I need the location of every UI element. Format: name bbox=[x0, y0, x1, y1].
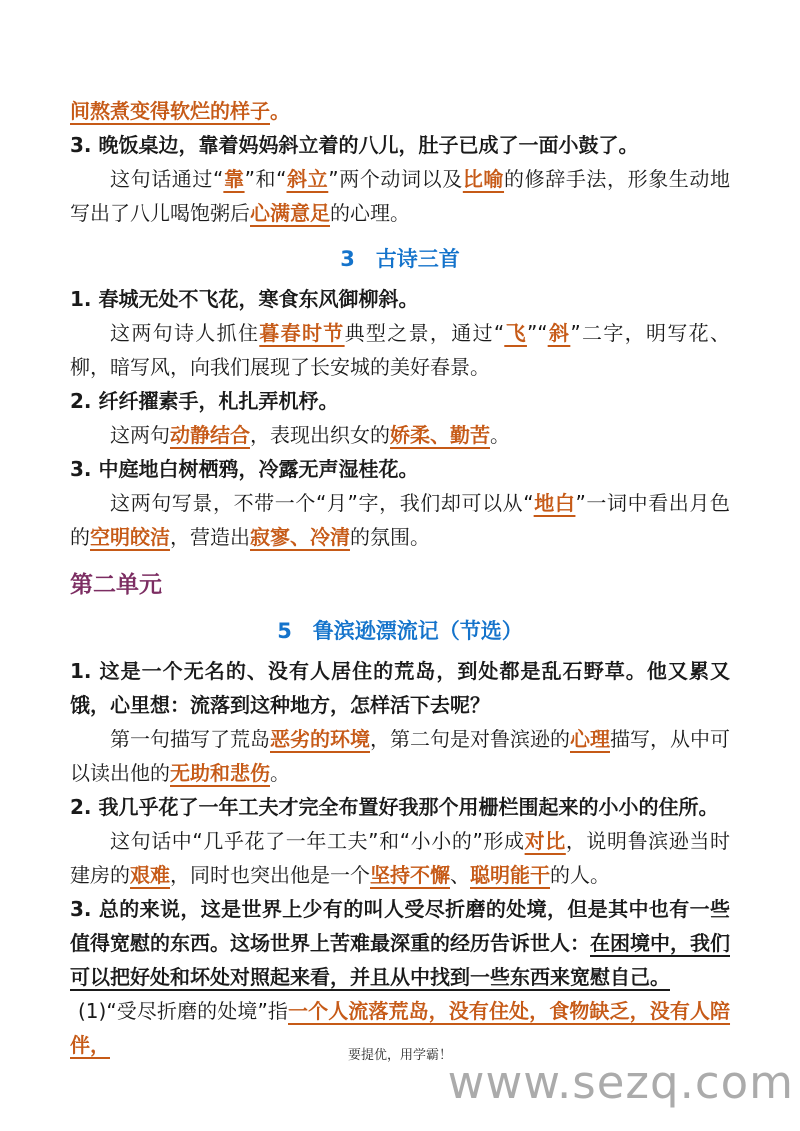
text-run: 这两句诗人抓住 bbox=[110, 321, 259, 345]
analysis-paragraph: 这两句动静结合，表现出织女的娇柔、勤苦。 bbox=[70, 418, 730, 452]
text-run: 2. 纤纤擢素手，札扎弄机杼。 bbox=[70, 389, 338, 413]
text-run: 这两句 bbox=[110, 423, 170, 447]
document-page: 间熬煮变得软烂的样子。3. 晚饭桌边，靠着妈妈斜立着的八儿，肚子已成了一面小鼓了… bbox=[0, 0, 800, 1131]
highlight-term: 寂寥、冷清 bbox=[250, 525, 350, 549]
numbered-sentence: 2. 纤纤擢素手，札扎弄机杼。 bbox=[70, 384, 730, 418]
highlight-term: 艰难 bbox=[130, 863, 170, 887]
lesson-heading: 5 鲁滨逊漂流记（节选） bbox=[70, 614, 730, 648]
numbered-sentence: 3. 中庭地白树栖鸦，冷露无声湿桂花。 bbox=[70, 452, 730, 486]
highlight-term: 动静结合 bbox=[170, 423, 250, 447]
highlight-term: 暮春时节 bbox=[259, 321, 344, 345]
text-run: ”“ bbox=[527, 321, 548, 345]
highlight-term: 。 bbox=[270, 99, 290, 123]
highlight-term: 坚持不懈 bbox=[370, 863, 450, 887]
highlight-term: 比喻 bbox=[463, 167, 504, 191]
text-run: 1. 春城无处不飞花，寒食东风御柳斜。 bbox=[70, 287, 418, 311]
text-run: 的氛围。 bbox=[350, 525, 430, 549]
analysis-paragraph: 第一句描写了荒岛恶劣的环境，第二句是对鲁滨逊的心理描写，从中可以读出他的无助和悲… bbox=[70, 722, 730, 790]
highlight-term: 空明皎洁 bbox=[90, 525, 170, 549]
highlight-term: 娇柔、勤苦 bbox=[390, 423, 490, 447]
text-run: 3. 晚饭桌边，靠着妈妈斜立着的八儿，肚子已成了一面小鼓了。 bbox=[70, 133, 638, 157]
numbered-sentence: 2. 我几乎花了一年工夫才完全布置好我那个用栅栏围起来的小小的住所。 bbox=[70, 790, 730, 824]
text-run: 。 bbox=[270, 761, 290, 785]
highlight-term: 对比 bbox=[525, 829, 566, 853]
numbered-sentence: 1. 这是一个无名的、没有人居住的荒岛，到处都是乱石野草。他又累又饿，心里想：流… bbox=[70, 654, 730, 722]
highlight-term: 靠 bbox=[223, 167, 244, 191]
continued-highlight-line: 间熬煮变得软烂的样子。 bbox=[70, 94, 730, 128]
highlight-term: 聪明能干 bbox=[470, 863, 550, 887]
highlight-term: 无助和悲伤 bbox=[170, 761, 270, 785]
text-run: 典型之景，通过“ bbox=[345, 321, 505, 345]
text-run: (1)“受尽折磨的处境”指 bbox=[78, 999, 288, 1023]
unit-heading: 第二单元 bbox=[70, 568, 730, 602]
text-run: 、 bbox=[450, 863, 470, 887]
text-run: ，同时也突出他是一个 bbox=[170, 863, 370, 887]
text-run: 5 鲁滨逊漂流记（节选） bbox=[277, 619, 523, 643]
text-run: 3. 中庭地白树栖鸦，冷露无声湿桂花。 bbox=[70, 457, 418, 481]
analysis-paragraph: 这两句写景，不带一个“月”字，我们却可以从“地白”一词中看出月色的空明皎洁，营造… bbox=[70, 486, 730, 554]
highlight-term: 斜立 bbox=[286, 167, 328, 191]
highlight-term: 飞 bbox=[504, 321, 527, 345]
text-run: ，营造出 bbox=[170, 525, 250, 549]
numbered-sentence: 3. 晚饭桌边，靠着妈妈斜立着的八儿，肚子已成了一面小鼓了。 bbox=[70, 128, 730, 162]
highlight-term: 地白 bbox=[534, 491, 576, 515]
text-run: 的心理。 bbox=[330, 201, 410, 225]
highlight-term: 心满意足 bbox=[250, 201, 330, 225]
text-run: 。 bbox=[490, 423, 510, 447]
text-run: 第一句描写了荒岛 bbox=[110, 727, 270, 751]
analysis-paragraph: 这两句诗人抓住暮春时节典型之景，通过“飞”“斜”二字，明写花、柳，暗写风，向我们… bbox=[70, 316, 730, 384]
numbered-sentence: 1. 春城无处不飞花，寒食东风御柳斜。 bbox=[70, 282, 730, 316]
text-run: 这句话中“几乎花了一年工夫”和“小小的”形成 bbox=[110, 829, 525, 853]
numbered-sentence: 3. 总的来说，这是世界上少有的叫人受尽折磨的处境，但是其中也有一些值得宽慰的东… bbox=[70, 892, 730, 994]
text-run: ”两个动词以及 bbox=[328, 167, 463, 191]
text-run: 3 古诗三首 bbox=[340, 247, 460, 271]
text-run: ，表现出织女的 bbox=[250, 423, 390, 447]
analysis-paragraph: 这句话通过“靠”和“斜立”两个动词以及比喻的修辞手法，形象生动地写出了八儿喝饱粥… bbox=[70, 162, 730, 230]
text-run: 这两句写景，不带一个“月”字，我们却可以从“ bbox=[110, 491, 534, 515]
lesson-heading: 3 古诗三首 bbox=[70, 242, 730, 276]
site-watermark: www.sezq.com bbox=[448, 1056, 794, 1109]
analysis-paragraph: 这句话中“几乎花了一年工夫”和“小小的”形成对比，说明鲁滨逊当时建房的艰难，同时… bbox=[70, 824, 730, 892]
highlight-term: 斜 bbox=[548, 321, 571, 345]
highlight-term: 恶劣的环境 bbox=[270, 727, 370, 751]
document-body: 间熬煮变得软烂的样子。3. 晚饭桌边，靠着妈妈斜立着的八儿，肚子已成了一面小鼓了… bbox=[70, 94, 730, 1062]
highlight-term: 心理 bbox=[570, 727, 610, 751]
highlight-term: 间熬煮变得软烂的样子 bbox=[70, 99, 270, 123]
text-run: ”和“ bbox=[245, 167, 287, 191]
text-run: 2. 我几乎花了一年工夫才完全布置好我那个用栅栏围起来的小小的住所。 bbox=[70, 795, 718, 819]
text-run: 这句话通过“ bbox=[110, 167, 223, 191]
text-run: 1. 这是一个无名的、没有人居住的荒岛，到处都是乱石野草。他又累又饿，心里想：流… bbox=[70, 659, 730, 717]
text-run: 的人。 bbox=[550, 863, 610, 887]
text-run: ，第二句是对鲁滨逊的 bbox=[370, 727, 570, 751]
text-run: 第二单元 bbox=[70, 572, 162, 598]
